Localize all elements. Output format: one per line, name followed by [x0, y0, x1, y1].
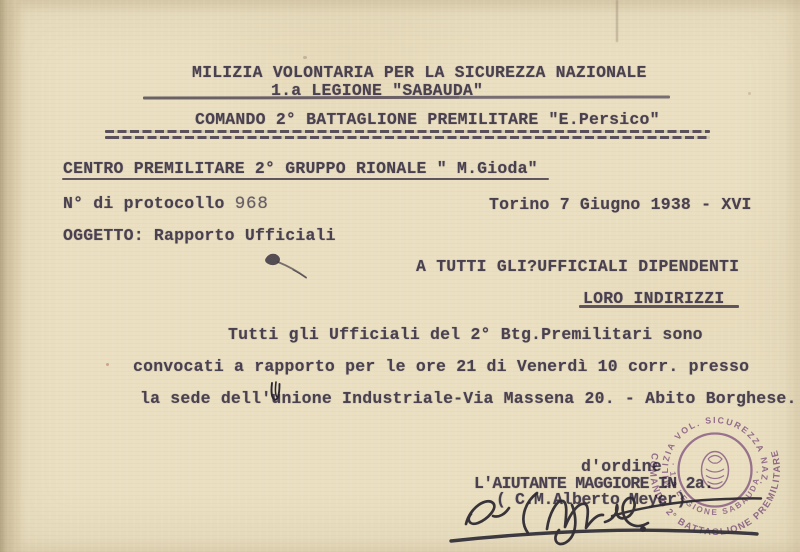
- stamp-inner-circle: [679, 434, 752, 507]
- centro-underline: [62, 178, 549, 180]
- header-underline: [143, 95, 670, 99]
- subject-value: Rapporto Ufficiali: [154, 226, 336, 245]
- svg-text:· 1.a LEGIONE SABAUDA ·: · 1.a LEGIONE SABAUDA ·: [668, 462, 762, 517]
- protocol-line: N° di protocollo 968: [63, 194, 269, 214]
- ink-blot: [265, 254, 306, 278]
- loro-indirizzi-underline: [579, 305, 739, 308]
- stamp-inner-bottom-text: · 1.a LEGIONE SABAUDA ·: [668, 462, 762, 517]
- body-line-2: convocati a rapporto per le ore 21 di Ve…: [133, 357, 749, 376]
- protocol-number: 968: [235, 194, 269, 214]
- protocol-label: N° di protocollo: [63, 194, 235, 213]
- official-stamp: COMANDO 2° BATTAGLIONE PREMILITARE MILIZ…: [630, 388, 800, 552]
- dateline: Torino 7 Giugno 1938 - XVI: [489, 195, 752, 214]
- header-org-line: MILIZIA VOLONTARIA PER LA SICUREZZA NAZI…: [192, 63, 647, 82]
- document-page: MILIZIA VOLONTARIA PER LA SICUREZZA NAZI…: [0, 0, 800, 552]
- paper-speck: [748, 92, 751, 95]
- subject-label: OGGETTO:: [63, 226, 154, 245]
- hand-u-overstrike-icon: [268, 381, 284, 405]
- subject-line: OGGETTO: Rapporto Ufficiali: [63, 226, 336, 245]
- body-line-1: Tutti gli Ufficiali del 2° Btg.Premilita…: [228, 325, 703, 344]
- paper-speck: [303, 56, 307, 59]
- stamp-emblem: [702, 452, 729, 489]
- double-rule-bottom: [105, 136, 710, 139]
- centro-line: CENTRO PREMILITARE 2° GRUPPO RIONALE " M…: [63, 159, 538, 178]
- hand-corrected-letter: u: [271, 389, 281, 408]
- recipient-line: A TUTTI GLI?UFFICIALI DIPENDENTI: [416, 257, 739, 276]
- header-comando-line: COMANDO 2° BATTAGLIONE PREMILITARE "E.Pe…: [195, 110, 660, 129]
- paper-speck: [106, 363, 109, 366]
- double-rule-top: [105, 130, 710, 133]
- paper-crease: [616, 0, 618, 42]
